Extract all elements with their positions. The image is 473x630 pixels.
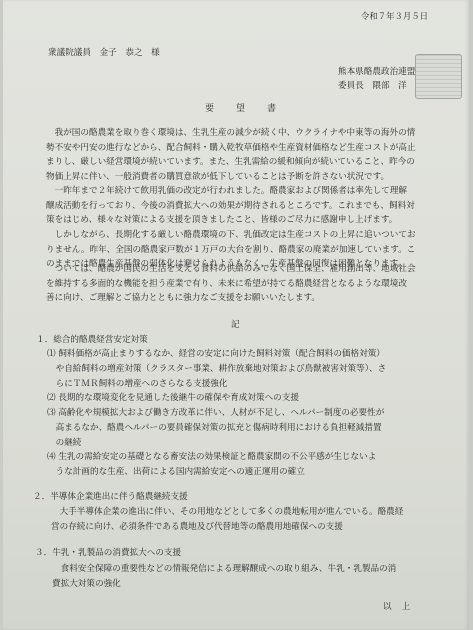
text-line: うな計画的な生産、出荷による国内需給安定への適正運用の確立 (47, 465, 376, 480)
text-line: 営の存続に向け、必須条件である農地及び代替地等の酪農用地確保への支援 (51, 520, 403, 535)
text-line: 醸成活動を行っており、今後の消費拡大への効果が期待されるところです。これまでも、… (46, 199, 451, 214)
intro-paragraph-2: 一昨年まで２年続けて飲用乳価の改定が行われました。酪農家および関係者は率先して理… (46, 184, 451, 228)
text-line: 策をはじめ、様々な対策による支援を頂きましたこと、皆様のご尽力に感謝申し上げます… (46, 213, 451, 228)
intro-paragraph-4: ついては、酪農が国民の生活を支える食料の供給のみでなく国土保全、雇用創出等、地域… (46, 262, 451, 306)
addressee: 衆議院議員 金子 恭之 様 (48, 46, 160, 58)
intro-paragraph-1: 我が国の酪農業を取り巻く環境は、生乳生産の減少が続く中、ウクライナや中東等の海外… (46, 126, 451, 184)
text-line: 食料安全保障の重要性などの情報発信による理解醸成への取り組み、牛乳・乳製品の消 (52, 562, 396, 577)
text-line: 物価上昇に伴い、一般消費者の購買意欲が低下していることは予断を許さない状況です。 (46, 170, 451, 185)
section-1-item-2: ⑵ 長期的な環境変化を見通した後継牛の確保や育成対策への支援 (47, 391, 299, 406)
text-line: ⑷ 生乳の需給安定の基礎となる畜安法の効果検証と酪農家間の不公平感が生じないよ (47, 450, 376, 465)
sender-organization: 熊本県酪農政治連盟 (338, 65, 415, 77)
text-line: ⑴ 飼料価格が高止まりするなか、経営の安定に向けた飼料対策（配合飼料の価格対策） (47, 347, 386, 362)
text-line: を維持する多面的な機能を担う産業で有り、未来に希望が持てる酪農経営となるような環… (46, 277, 451, 292)
section-1-item-1: ⑴ 飼料価格が高止まりするなか、経営の安定に向けた飼料対策（配合飼料の価格対策）… (47, 347, 386, 391)
text-line: 一昨年まで２年続けて飲用乳価の改定が行われました。酪農家および関係者は率先して理… (46, 184, 451, 199)
text-line: らにＴＭＲ飼料の増産へのさらなる支援強化 (47, 377, 386, 392)
document-page: 令和７年３月５日 衆議院議員 金子 恭之 様 熊本県酪農政治連盟 委員長 隈部 … (3, 0, 469, 630)
text-line: ついては、酪農が国民の生活を支える食料の供給のみでなく国土保全、雇用創出等、地域… (46, 262, 451, 277)
section-1-heading: １．総合的酪農経営安定対策 (36, 333, 148, 345)
text-line: 善に向け、ご理解とご協力とともに強力なご支援をお願いいたします。 (46, 291, 451, 306)
document-date: 令和７年３月５日 (361, 10, 428, 22)
seal-stamp-icon (415, 54, 462, 99)
text-line: 大手半導体企業の進出に伴い、その用地などとして多くの農地転用が進んでいる。酪農経 (51, 505, 403, 520)
text-line: 我が国の酪農業を取り巻く環境は、生乳生産の減少が続く中、ウクライナや中東等の海外… (46, 126, 451, 141)
text-line: まりし、厳しい経営環境が続いています。また、生乳需給の緩和傾向が続いていること、… (46, 155, 451, 170)
text-line: 高まるなか、酪農ヘルパーの要員確保対策の拡充と傷病時利用における負担軽減措置 (47, 421, 384, 436)
section-1-item-3: ⑶ 高齢化や規模拡大および働き方改革に伴い、人材が不足し、ヘルパー制度の必要性が… (47, 406, 384, 450)
text-line: の継続 (47, 436, 384, 451)
text-line: 勢不安や円安の進行などから、配合飼料・購入乾牧草価格や生産資材価格など生産コスト… (46, 141, 451, 156)
section-3-body: 食料安全保障の重要性などの情報発信による理解醸成への取り組み、牛乳・乳製品の消 … (52, 562, 396, 592)
section-2-heading: ２．半導体企業進出に伴う酪農継続支援 (33, 490, 188, 502)
ki-label: 記 (231, 318, 240, 330)
closing-mark: 以上 (383, 600, 420, 612)
document-title: 要望書 (205, 101, 298, 114)
sender-representative: 委員長 隈部 洋 (338, 79, 407, 91)
text-line: 費拡大対策の強化 (52, 577, 396, 592)
section-3-heading: ３．牛乳・乳製品の消費拡大への支援 (35, 546, 181, 558)
text-line: しかしながら、長期化する厳しい酪農環境の下、乳価改定は生産コストの上昇に追いつい… (46, 228, 451, 243)
section-2-body: 大手半導体企業の進出に伴い、その用地などとして多くの農地転用が進んでいる。酪農経… (51, 505, 403, 535)
section-1-item-4: ⑷ 生乳の需給安定の基礎となる畜安法の効果検証と酪農家間の不公平感が生じないよ … (47, 450, 376, 480)
text-line: りません。昨年、全国の酪農家戸数が１万戸の大台を割り、酪農家の廃業が加速していま… (46, 243, 451, 258)
text-line: や自給飼料の増産対策（クラスター事業、耕作放棄地対策および鳥獣被害対策等）、さ (47, 362, 386, 377)
text-line: ⑵ 長期的な環境変化を見通した後継牛の確保や育成対策への支援 (47, 391, 299, 406)
text-line: ⑶ 高齢化や規模拡大および働き方改革に伴い、人材が不足し、ヘルパー制度の必要性が (47, 406, 384, 421)
